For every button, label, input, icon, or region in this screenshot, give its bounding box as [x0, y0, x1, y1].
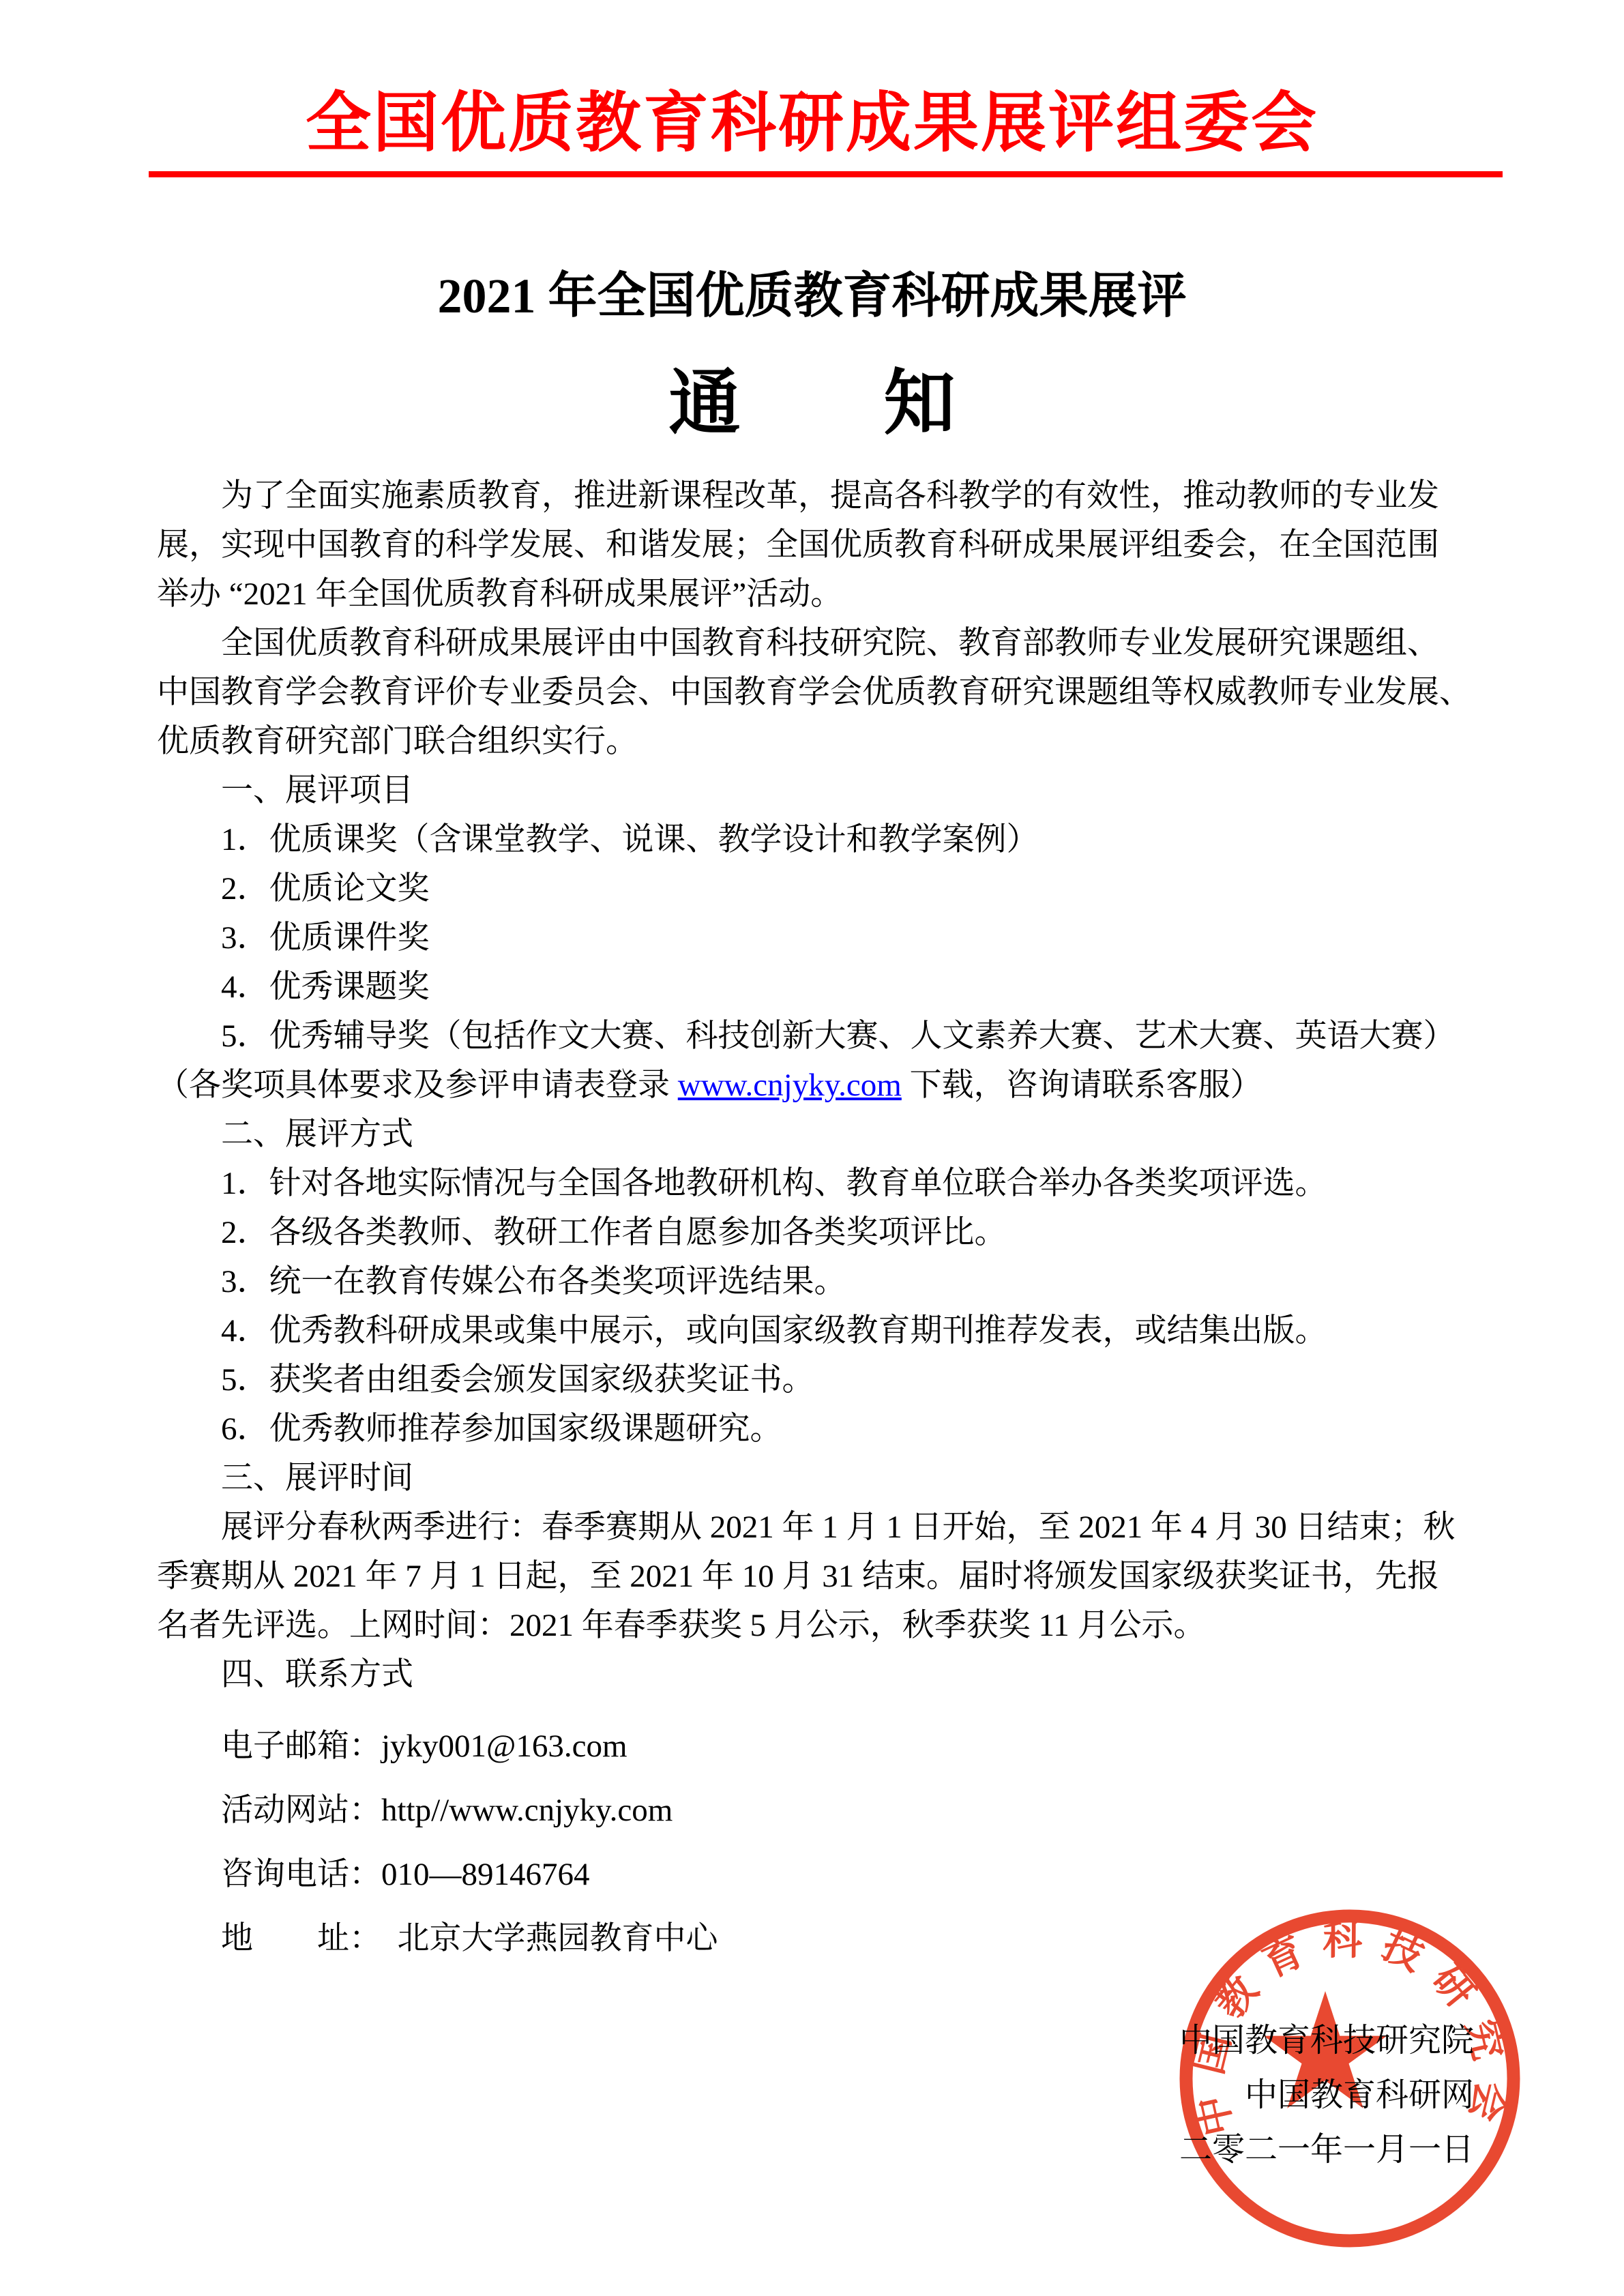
list-item: 5．优秀辅导奖（包括作文大赛、科技创新大赛、人文素养大赛、艺术大赛、英语大赛） [157, 1012, 1488, 1061]
list-item: 1．针对各地实际情况与全国各地教研机构、教育单位联合举办各类奖项评选。 [157, 1159, 1488, 1208]
contact-label: 活动网站： [221, 1793, 381, 1828]
contact-label: 咨询电话： [221, 1857, 381, 1892]
contact-website: 活动网站：http//www.cnjyky.com [157, 1778, 1488, 1842]
list-item: 3．统一在教育传媒公布各类奖项评选结果。 [157, 1257, 1488, 1306]
doc-title: 通 知 [0, 366, 1624, 442]
contact-value: 010—89146764 [381, 1857, 590, 1892]
section-heading-method: 二、展评方式 [157, 1110, 1488, 1159]
registration-site-link[interactable]: www.cnjyky.com [678, 1068, 902, 1103]
award-note-prefix: （各奖项具体要求及参评申请表登录 [157, 1068, 678, 1103]
body-line: 为了全面实施素质教育，推进新课程改革，提高各科教学的有效性，推动教师的专业发 [157, 471, 1488, 520]
list-item: 2．优质论文奖 [157, 864, 1488, 913]
body-line: 优质教育研究部门联合组织实行。 [157, 717, 1488, 766]
signature-block: 中国教育科技研究院 中国教育科研网 二零二一年一月一日 [1179, 2014, 1474, 2177]
doc-body: 为了全面实施素质教育，推进新课程改革，提高各科教学的有效性，推动教师的专业发 展… [157, 471, 1488, 1971]
list-item: 4．优秀课题奖 [157, 962, 1488, 1012]
body-line: 举办 “2021 年全国优质教育科研成果展评”活动。 [157, 570, 1488, 619]
header-rule [149, 171, 1503, 177]
body-line: 季赛期从 2021 年 7 月 1 日起，至 2021 年 10 月 31 结束… [157, 1552, 1488, 1601]
award-note: （各奖项具体要求及参评申请表登录 www.cnjyky.com 下载，咨询请联系… [157, 1061, 1488, 1110]
body-line: 中国教育学会教育评价专业委员会、中国教育学会优质教育研究课题组等权威教师专业发展… [157, 668, 1488, 717]
section-heading-projects: 一、展评项目 [157, 766, 1488, 815]
list-item: 2．各级各类教师、教研工作者自愿参加各类奖项评比。 [157, 1208, 1488, 1257]
contact-value: 北京大学燕园教育中心 [398, 1921, 718, 1956]
list-item: 5．获奖者由组委会颁发国家级获奖证书。 [157, 1355, 1488, 1404]
signature-date-line: 二零二一年一月一日 [1179, 2123, 1474, 2177]
contact-label: 地 址： [221, 1921, 398, 1956]
body-line: 名者先评选。上网时间：2021 年春季获奖 5 月公示，秋季获奖 11 月公示。 [157, 1601, 1488, 1650]
body-line: 展，实现中国教育的科学发展、和谐发展；全国优质教育科研成果展评组委会，在全国范围 [157, 520, 1488, 570]
award-note-suffix: 下载，咨询请联系客服） [902, 1068, 1263, 1103]
signature-org-line: 中国教育科技研究院 [1179, 2014, 1474, 2068]
document-page: 全国优质教育科研成果展评组委会 2021 年全国优质教育科研成果展评 通 知 为… [0, 0, 1624, 2296]
body-line: 展评分春秋两季进行：春季赛期从 2021 年 1 月 1 日开始，至 2021 … [157, 1503, 1488, 1552]
contact-label: 电子邮箱： [221, 1728, 381, 1764]
list-item: 1．优质课奖（含课堂教学、说课、教学设计和教学案例） [157, 815, 1488, 864]
body-line: 全国优质教育科研成果展评由中国教育科技研究院、教育部教师专业发展研究课题组、 [157, 619, 1488, 668]
doc-subtitle: 2021 年全国优质教育科研成果展评 [0, 267, 1624, 325]
contact-value: http//www.cnjyky.com [381, 1793, 673, 1828]
contact-value: jyky001@163.com [381, 1728, 628, 1764]
list-item: 4．优秀教科研成果或集中展示，或向国家级教育期刊推荐发表，或结集出版。 [157, 1306, 1488, 1355]
contact-email: 电子邮箱：jyky001@163.com [157, 1714, 1488, 1778]
org-header-title: 全国优质教育科研成果展评组委会 [0, 86, 1624, 161]
signature-org-line: 中国教育科研网 [1179, 2068, 1474, 2123]
section-heading-schedule: 三、展评时间 [157, 1454, 1488, 1503]
list-item: 6．优秀教师推荐参加国家级课题研究。 [157, 1404, 1488, 1454]
contact-phone: 咨询电话：010—89146764 [157, 1842, 1488, 1907]
section-heading-contact: 四、联系方式 [157, 1650, 1488, 1699]
list-item: 3．优质课件奖 [157, 913, 1488, 962]
